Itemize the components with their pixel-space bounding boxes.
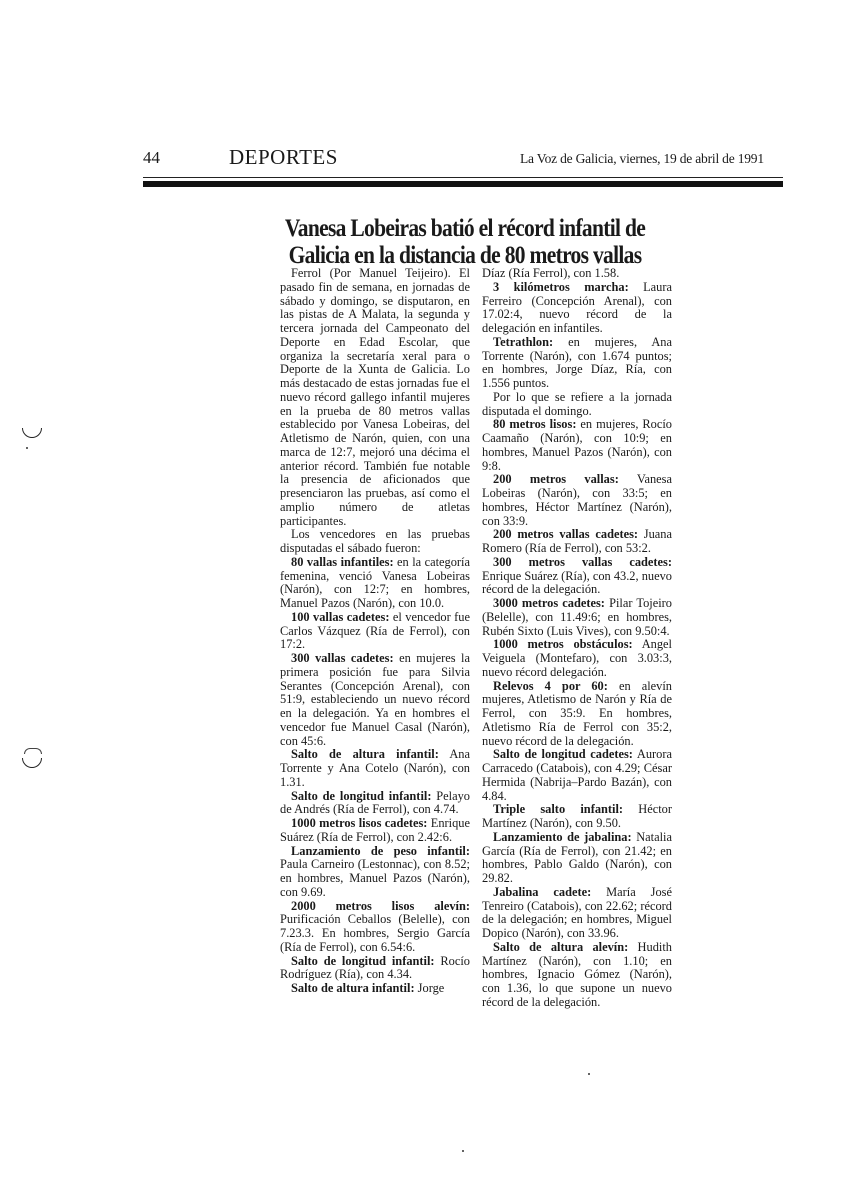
- hole-punch-mark-icon: [22, 428, 42, 438]
- article-paragraph: Salto de altura infantil: Ana Torrente y…: [280, 748, 470, 789]
- article-paragraph: Salto de longitud infantil: Pelayo de An…: [280, 790, 470, 818]
- event-title: Salto de longitud cadetes:: [493, 747, 633, 761]
- article-paragraph: Salto de longitud infantil: Rocío Rodríg…: [280, 955, 470, 983]
- article-paragraph: 2000 metros lisos alevín: Purificación C…: [280, 900, 470, 955]
- event-title: Lanzamiento de jabalina:: [493, 830, 632, 844]
- article-paragraph: Lanzamiento de peso infantil: Paula Carn…: [280, 845, 470, 900]
- scan-speck: [26, 447, 28, 449]
- article-paragraph: 3 kilómetros marcha: Laura Ferreiro (Con…: [482, 281, 672, 336]
- article-paragraph: Lanzamiento de jabalina: Natalia García …: [482, 831, 672, 886]
- article-paragraph: 200 metros vallas: Vanesa Lobeiras (Naró…: [482, 473, 672, 528]
- paragraph-text: Jorge: [415, 981, 445, 995]
- paragraph-text: Purificación Ceballos (Belelle), con 7.2…: [280, 912, 470, 954]
- event-title: Salto de altura infantil:: [291, 747, 439, 761]
- event-title: 1000 metros lisos cadetes:: [291, 816, 427, 830]
- event-title: Salto de altura alevín:: [493, 940, 628, 954]
- article-paragraph: Salto de altura infantil: Jorge: [280, 982, 470, 996]
- dateline: La Voz de Galicia, viernes, 19 de abril …: [520, 151, 764, 167]
- header-rule-thick: [143, 181, 783, 187]
- event-title: Lanzamiento de peso infantil:: [291, 844, 470, 858]
- paragraph-text: Enrique Suárez (Ría), con 43.2, nuevo ré…: [482, 569, 672, 597]
- article-paragraph: Tetrathlon: en mujeres, Ana Torrente (Na…: [482, 336, 672, 391]
- hole-punch-mark-top-icon: [24, 748, 42, 754]
- event-title: Salto de longitud infantil:: [291, 954, 435, 968]
- article-paragraph: 200 metros vallas cadetes: Juana Romero …: [482, 528, 672, 556]
- article-column-left: Ferrol (Por Manuel Teijeiro). El pasado …: [280, 267, 470, 996]
- event-title: 300 metros vallas cadetes:: [493, 555, 672, 569]
- article-paragraph: Díaz (Ría Ferrol), con 1.58.: [482, 267, 672, 281]
- article-paragraph: Jabalina cadete: María José Tenreiro (Ca…: [482, 886, 672, 941]
- event-title: 100 vallas cadetes:: [291, 610, 389, 624]
- event-title: 200 metros vallas:: [493, 472, 619, 486]
- scan-speck: [588, 1073, 590, 1075]
- article-paragraph: Ferrol (Por Manuel Teijeiro). El pasado …: [280, 267, 470, 528]
- hole-punch-mark-icon: [22, 758, 42, 768]
- article-paragraph: 80 metros lisos: en mujeres, Rocío Caama…: [482, 418, 672, 473]
- paragraph-text: Ferrol (Por Manuel Teijeiro). El pasado …: [280, 266, 470, 528]
- event-title: 80 metros lisos:: [493, 417, 576, 431]
- event-title: 2000 metros lisos alevín:: [291, 899, 470, 913]
- event-title: 200 metros vallas cadetes:: [493, 527, 638, 541]
- header-rule-thin: [143, 177, 783, 178]
- event-title: Triple salto infantil:: [493, 802, 623, 816]
- article-paragraph: 300 vallas cadetes: en mujeres la primer…: [280, 652, 470, 748]
- article-column-right: Díaz (Ría Ferrol), con 1.58.3 kilómetros…: [482, 267, 672, 1010]
- article-paragraph: Los vencedores en las pruebas disputadas…: [280, 528, 470, 556]
- event-title: 3 kilómetros marcha:: [493, 280, 629, 294]
- article-paragraph: Salto de longitud cadetes: Aurora Carrac…: [482, 748, 672, 803]
- article-paragraph: Salto de altura alevín: Hudith Martínez …: [482, 941, 672, 1010]
- article-paragraph: 1000 metros lisos cadetes: Enrique Suáre…: [280, 817, 470, 845]
- event-title: Salto de altura infantil:: [291, 981, 415, 995]
- article-paragraph: 80 vallas infantiles: en la categoría fe…: [280, 556, 470, 611]
- event-title: 300 vallas cadetes:: [291, 651, 394, 665]
- paragraph-text: Los vencedores en las pruebas disputadas…: [280, 527, 470, 555]
- article-paragraph: 300 metros vallas cadetes: Enrique Suáre…: [482, 556, 672, 597]
- event-title: Tetrathlon:: [493, 335, 553, 349]
- headline-line-2: Galicia en la distancia de 80 metros val…: [263, 242, 667, 269]
- event-title: 3000 metros cadetes:: [493, 596, 605, 610]
- article-paragraph: 3000 metros cadetes: Pilar Tojeiro (Bele…: [482, 597, 672, 638]
- paragraph-text: Por lo que se refiere a la jornada dispu…: [482, 390, 672, 418]
- article-paragraph: Por lo que se refiere a la jornada dispu…: [482, 391, 672, 419]
- article-paragraph: 100 vallas cadetes: el vencedor fue Carl…: [280, 611, 470, 652]
- event-title: Jabalina cadete:: [493, 885, 591, 899]
- event-title: Salto de longitud infantil:: [291, 789, 431, 803]
- paragraph-text: Paula Carneiro (Lestonnac), con 8.52; en…: [280, 857, 470, 899]
- page-number: 44: [143, 148, 160, 168]
- scan-speck: [462, 1150, 464, 1152]
- section-title: DEPORTES: [229, 145, 338, 170]
- article-headline: Vanesa Lobeiras batió el récord infantil…: [263, 215, 667, 269]
- article-paragraph: 1000 metros obstáculos: Angel Veiguela (…: [482, 638, 672, 679]
- event-title: Relevos 4 por 60:: [493, 679, 608, 693]
- article-paragraph: Triple salto infantil: Héctor Martínez (…: [482, 803, 672, 831]
- article-paragraph: Relevos 4 por 60: en alevín mujeres, Atl…: [482, 680, 672, 749]
- headline-line-1: Vanesa Lobeiras batió el récord infantil…: [263, 215, 667, 242]
- paragraph-text: en mujeres la primera posición fue para …: [280, 651, 470, 748]
- event-title: 1000 metros obstáculos:: [493, 637, 633, 651]
- event-title: 80 vallas infantiles:: [291, 555, 394, 569]
- paragraph-text: Díaz (Ría Ferrol), con 1.58.: [482, 266, 619, 280]
